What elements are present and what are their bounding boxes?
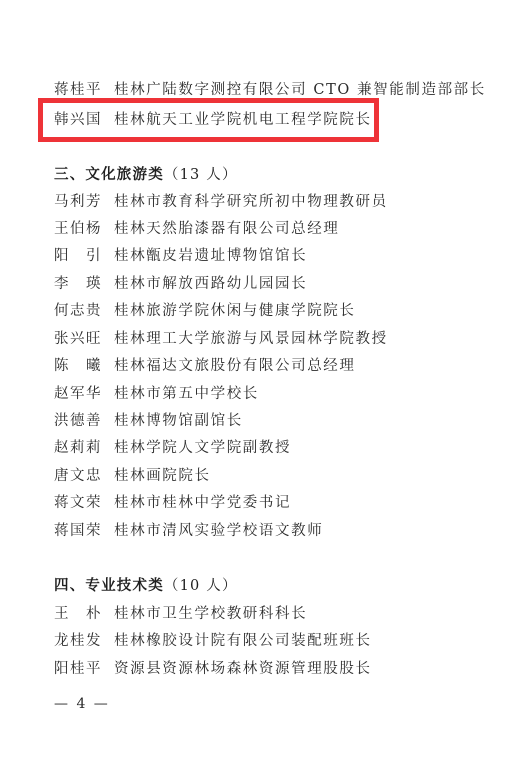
person-title: 桂林福达文旅股份有限公司总经理: [114, 356, 356, 376]
person-name: 赵军华: [54, 384, 114, 404]
person-name: 唐文忠: [54, 466, 114, 486]
person-name: 陈 曦: [54, 356, 114, 376]
person-title: 桂林市卫生学校教研科科长: [114, 604, 307, 624]
person-title: 桂林旅游学院休闲与健康学院院长: [114, 301, 356, 321]
person-name: 洪德善: [54, 411, 114, 431]
person-title: 桂林市清风实验学校语文教师: [114, 521, 323, 541]
list-item: 赵莉莉桂林学院人文学院副教授: [54, 438, 291, 458]
person-title: 桂林航天工业学院机电工程学院院长: [114, 110, 372, 130]
person-title: 桂林市桂林中学党委书记: [114, 493, 291, 513]
person-name: 赵莉莉: [54, 438, 114, 458]
document-page: 蒋桂平桂林广陆数字测控有限公司 CTO 兼智能制造部部长 韩兴国桂林航天工业学院…: [0, 0, 521, 760]
person-title: 桂林市第五中学校长: [114, 384, 259, 404]
list-item: 蒋文荣桂林市桂林中学党委书记: [54, 493, 291, 513]
list-item: 赵军华桂林市第五中学校长: [54, 384, 259, 404]
section-title: 四、专业技术类: [54, 578, 164, 594]
list-item: 王 朴桂林市卫生学校教研科科长: [54, 604, 307, 624]
list-item-highlighted: 韩兴国桂林航天工业学院机电工程学院院长: [54, 110, 372, 130]
person-name: 阳 引: [54, 246, 114, 266]
list-item: 阳 引桂林甑皮岩遗址博物馆馆长: [54, 246, 307, 266]
person-name: 李 瑛: [54, 274, 114, 294]
person-name: 阳桂平: [54, 659, 114, 679]
person-name: 王 朴: [54, 604, 114, 624]
person-name: 蒋桂平: [54, 80, 114, 100]
person-name: 蒋文荣: [54, 493, 114, 513]
list-item: 张兴旺桂林理工大学旅游与风景园林学院教授: [54, 329, 388, 349]
person-title: 桂林画院院长: [114, 466, 211, 486]
person-title: 桂林天然胎漆器有限公司总经理: [114, 219, 339, 239]
person-title: 桂林广陆数字测控有限公司 CTO 兼智能制造部部长: [114, 80, 486, 100]
person-name: 何志贵: [54, 301, 114, 321]
section-title: 三、文化旅游类: [54, 167, 164, 183]
person-title: 桂林市教育科学研究所初中物理教研员: [114, 192, 388, 212]
person-title: 桂林甑皮岩遗址博物馆馆长: [114, 246, 307, 266]
person-name: 王伯杨: [54, 219, 114, 239]
list-item: 龙桂发桂林橡胶设计院有限公司装配班班长: [54, 631, 372, 651]
list-item: 何志贵桂林旅游学院休闲与健康学院院长: [54, 301, 356, 321]
list-item: 马利芳桂林市教育科学研究所初中物理教研员: [54, 192, 388, 212]
person-name: 蒋国荣: [54, 521, 114, 541]
list-item: 洪德善桂林博物馆副馆长: [54, 411, 243, 431]
person-title: 桂林理工大学旅游与风景园林学院教授: [114, 329, 388, 349]
person-title: 桂林橡胶设计院有限公司装配班班长: [114, 631, 372, 651]
list-item-partial: 蒋桂平桂林广陆数字测控有限公司 CTO 兼智能制造部部长: [54, 80, 486, 100]
person-title: 桂林博物馆副馆长: [114, 411, 243, 431]
section-heading-professional-technical: 四、专业技术类（10 人）: [54, 576, 238, 596]
list-item: 唐文忠桂林画院院长: [54, 466, 211, 486]
list-item: 陈 曦桂林福达文旅股份有限公司总经理: [54, 356, 356, 376]
person-title: 桂林学院人文学院副教授: [114, 438, 291, 458]
list-item: 蒋国荣桂林市清风实验学校语文教师: [54, 521, 323, 541]
person-title: 桂林市解放西路幼儿园园长: [114, 274, 307, 294]
person-title: 资源县资源林场森林资源管理股股长: [114, 659, 372, 679]
section-heading-culture-tourism: 三、文化旅游类（13 人）: [54, 165, 238, 185]
person-name: 马利芳: [54, 192, 114, 212]
person-name: 龙桂发: [54, 631, 114, 651]
section-count: （13 人）: [164, 167, 238, 183]
list-item: 阳桂平资源县资源林场森林资源管理股股长: [54, 659, 372, 679]
section-count: （10 人）: [164, 578, 238, 594]
person-name: 韩兴国: [54, 110, 114, 130]
page-number: — 4 —: [54, 694, 110, 714]
person-name: 张兴旺: [54, 329, 114, 349]
list-item: 李 瑛桂林市解放西路幼儿园园长: [54, 274, 307, 294]
list-item: 王伯杨桂林天然胎漆器有限公司总经理: [54, 219, 339, 239]
